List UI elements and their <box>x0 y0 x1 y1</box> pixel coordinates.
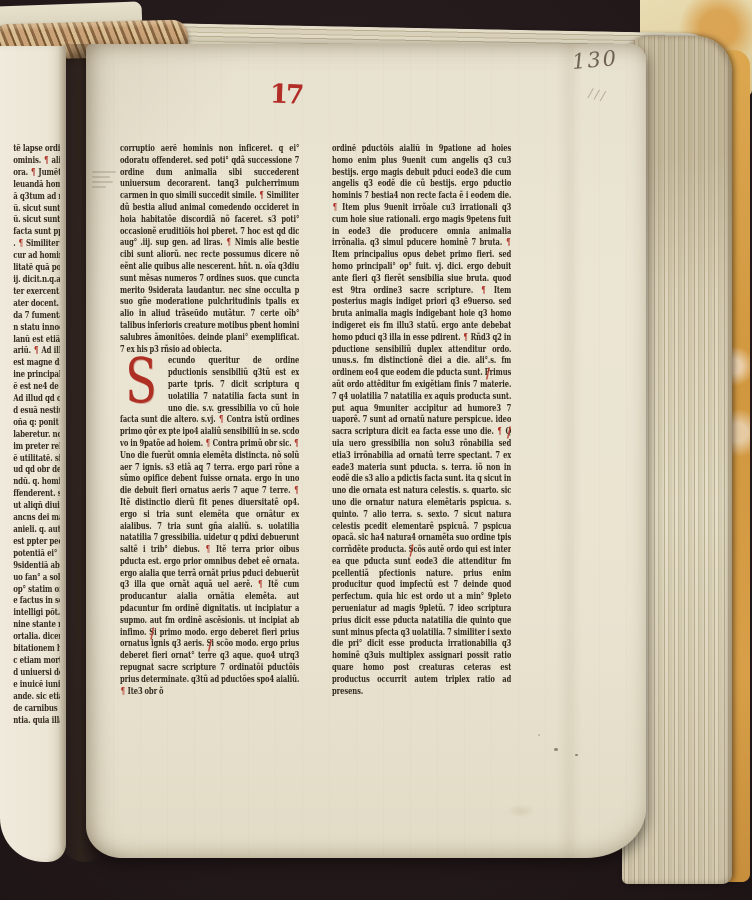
facing-page-line: im preter releua <box>13 442 60 454</box>
pilcrow-mark: ¶ <box>218 415 224 425</box>
pilcrow-mark: ¶ <box>506 238 511 248</box>
facing-page-line: nine stante non <box>13 620 60 632</box>
facing-page-line: ndũ. q. homine <box>13 477 60 489</box>
facing-page-line: est ppter pecca <box>13 537 60 549</box>
facing-page-line: ominis. ¶ aliter <box>13 156 60 168</box>
facing-page-line: intelligi põt. <box>13 608 60 620</box>
facing-page-line: litatẽ quã ponit <box>13 263 60 275</box>
pilcrow-mark: ¶ <box>18 239 24 249</box>
folio-number: 130 <box>571 46 619 74</box>
facing-page-line: laberetur. non <box>13 430 60 442</box>
facing-page-line: uo fan° a sole <box>13 573 60 585</box>
facing-page-line: ud qd obr de be <box>13 465 60 477</box>
text-block: corruptio aerẽ hominis non inficeret. q … <box>120 144 520 714</box>
pilcrow-mark: ¶ <box>463 333 469 343</box>
facing-page-line: leuandã hominis <box>13 180 60 192</box>
facing-page-line: ã q3tum ad necli <box>13 192 60 204</box>
facing-page-line: ij. dicit.n.q.aut <box>13 275 60 287</box>
facing-page-text: tẽ lapse ordinẽominis. ¶ aliterora. ¶ Ju… <box>0 144 60 740</box>
facing-page-line: e inuicẽ iunitia <box>13 680 60 692</box>
pilcrow-mark: ¶ <box>226 238 232 248</box>
paragraph-block: ordinẽ pductõis aialiũ in 9patione ad ho… <box>332 144 511 698</box>
facing-page-line: Ad illud qd obr <box>13 394 60 406</box>
text-column-right: ordinẽ pductõis aialiũ in 9patione ad ho… <box>332 144 511 714</box>
pilcrow-mark: ¶ <box>33 346 39 356</box>
facing-page-line: cur ad homines <box>13 251 60 263</box>
facing-page-line: ẽ est ne4 de fine <box>13 382 60 394</box>
facing-page-line: ũ. sicut sunt equi <box>13 204 60 216</box>
facing-page-line: e factus in sole <box>13 596 60 608</box>
facing-page-line: ine principali q <box>13 370 60 382</box>
facing-page-line: op° statim offen <box>13 585 60 597</box>
facing-page-fragment: tẽ lapse ordinẽominis. ¶ aliterora. ¶ Ju… <box>0 46 66 862</box>
facing-page-line: 9sidentiã ab ho <box>13 561 60 573</box>
page-crease <box>556 44 582 858</box>
facing-page-line: da 7 fumenta scã <box>13 311 60 323</box>
facing-page-line: lanũ est etiã per <box>13 335 60 347</box>
text-column-left-content: corruptio aerẽ hominis non inficeret. q … <box>120 144 299 698</box>
pilcrow-mark: ¶ <box>205 545 211 555</box>
facing-page-line: ut aliqñ diuinas <box>13 501 60 513</box>
pilcrow-mark: ¶ <box>257 580 263 590</box>
facing-page-line: n statu innocẽtie <box>13 323 60 335</box>
paragraph-block: Secundo queritur de ordine pductionis se… <box>120 356 299 698</box>
facing-page-line: ntia. quia illa <box>13 716 60 728</box>
marginal-scribble <box>92 168 116 191</box>
facing-page-line: ater docent. 7 se <box>13 299 60 311</box>
ink-speck <box>538 734 540 736</box>
pilcrow-mark: ¶ <box>332 203 338 213</box>
paragraph-block: corruptio aerẽ hominis non inficeret. q … <box>120 144 299 356</box>
pilcrow-mark: ¶ <box>43 156 49 166</box>
photograph-background: tẽ lapse ordinẽominis. ¶ aliterora. ¶ Ju… <box>0 0 752 900</box>
ink-speck <box>554 748 558 751</box>
facing-page-line: oña q: ponit ho <box>13 418 60 430</box>
facing-page-line: ariũ. ¶ Ad illud <box>13 346 60 358</box>
red-stroked-letter: S <box>149 628 154 640</box>
facing-page-line: ortalia. dicenda <box>13 632 60 644</box>
facing-page-line: de carnibus ob <box>13 704 60 716</box>
faint-pencil-marks: /// <box>587 86 609 105</box>
facing-page-line: ancns dei man <box>13 513 60 525</box>
pilcrow-mark: ¶ <box>497 427 503 437</box>
facing-page-line: . ¶ Similiter bestie <box>13 239 60 251</box>
pilcrow-mark: ¶ <box>294 486 299 496</box>
facing-page-line: est magne digni <box>13 358 60 370</box>
red-stroked-letter: S <box>409 545 414 557</box>
red-stroked-letter: S <box>207 639 212 651</box>
facing-page-line: potentiã ei° da <box>13 549 60 561</box>
rubricated-initial: S <box>120 358 164 406</box>
facing-page-line: ẽ utilitatẽ. sicut <box>13 454 60 466</box>
text-column-right-content: ordinẽ pductõis aialiũ in 9patione ad ho… <box>332 144 511 698</box>
facing-page-line: c etiam morte <box>13 656 60 668</box>
pilcrow-mark: ¶ <box>259 191 265 201</box>
facing-page-line: ter exercent. aut <box>13 287 60 299</box>
pilcrow-mark: ¶ <box>30 168 36 178</box>
facing-page-line: ora. ¶ Jumẽta eni3 <box>13 168 60 180</box>
facing-page-line: d uniuersi deco <box>13 668 60 680</box>
pilcrow-mark: ¶ <box>120 687 126 697</box>
pilcrow-mark: ¶ <box>294 439 299 449</box>
pilcrow-mark: ¶ <box>205 439 211 449</box>
facing-page-line: d esuã nestiunt <box>13 406 60 418</box>
quire-signature-mark: 17 <box>269 79 302 110</box>
ink-speck <box>575 754 578 756</box>
page-stain <box>506 804 536 818</box>
recto-page: 130 /// 17 corruptio aerẽ hominis non in… <box>86 44 646 858</box>
pilcrow-mark: ¶ <box>481 286 487 296</box>
facing-page-line: ande. sic etiam <box>13 692 60 704</box>
red-stroked-letter: P <box>485 368 490 380</box>
facing-page-line: facta sunt ppter <box>13 227 60 239</box>
facing-page-line: bitationem ho <box>13 644 60 656</box>
facing-page-line: ffenderent. sed <box>13 489 60 501</box>
text-column-left: corruptio aerẽ hominis non inficeret. q … <box>120 144 299 714</box>
facing-page-line: ũ. sicut sunt qdã <box>13 215 60 227</box>
facing-page-line: tẽ lapse ordinẽ <box>13 144 60 156</box>
facing-page-line: anieli. q. autem <box>13 525 60 537</box>
red-stroked-letter: Q <box>505 427 511 439</box>
